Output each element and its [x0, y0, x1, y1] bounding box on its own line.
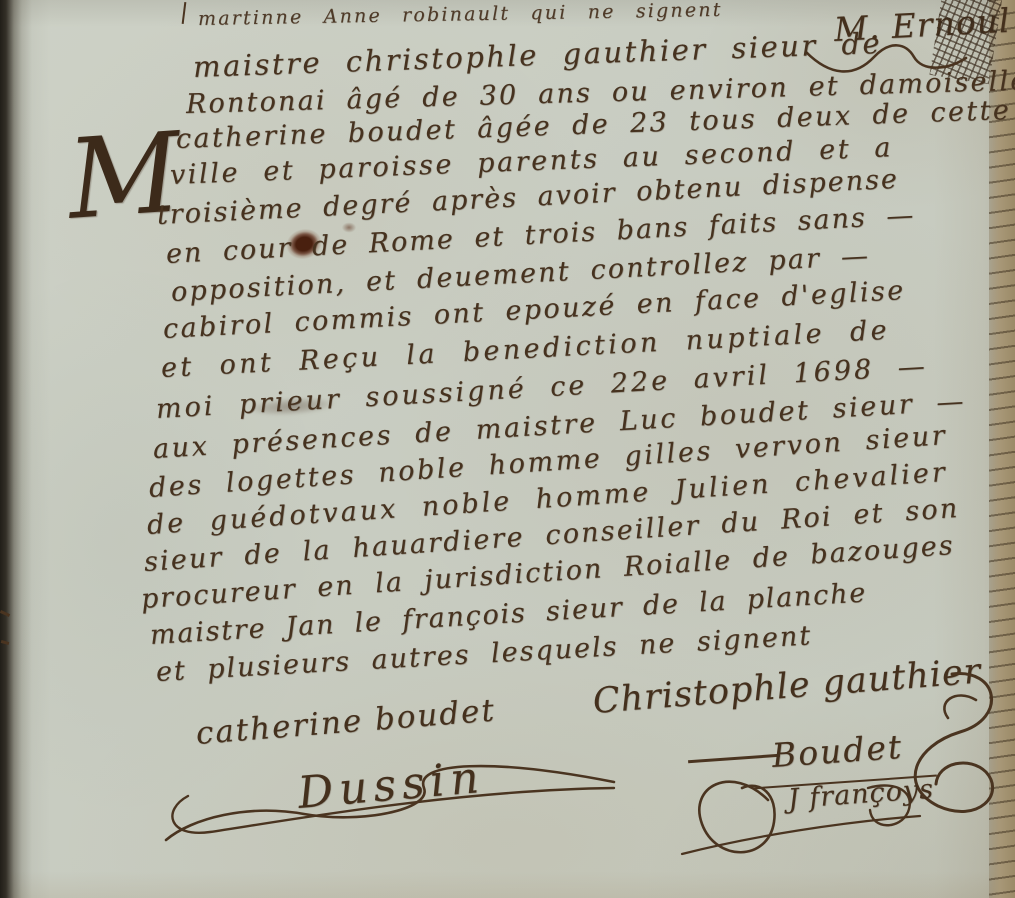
signature-catherine-boudet: catherine boudet — [195, 692, 498, 751]
francoys-paraph-flourish — [672, 758, 932, 890]
stray-stroke — [182, 2, 187, 24]
dussin-swash-flourish — [152, 752, 622, 856]
binding-shadow — [0, 0, 32, 898]
previous-record-text: martinne Anne robinault qui ne signent — [198, 0, 723, 30]
manuscript-page: martinne Anne robinault qui ne signent M… — [0, 0, 1015, 898]
